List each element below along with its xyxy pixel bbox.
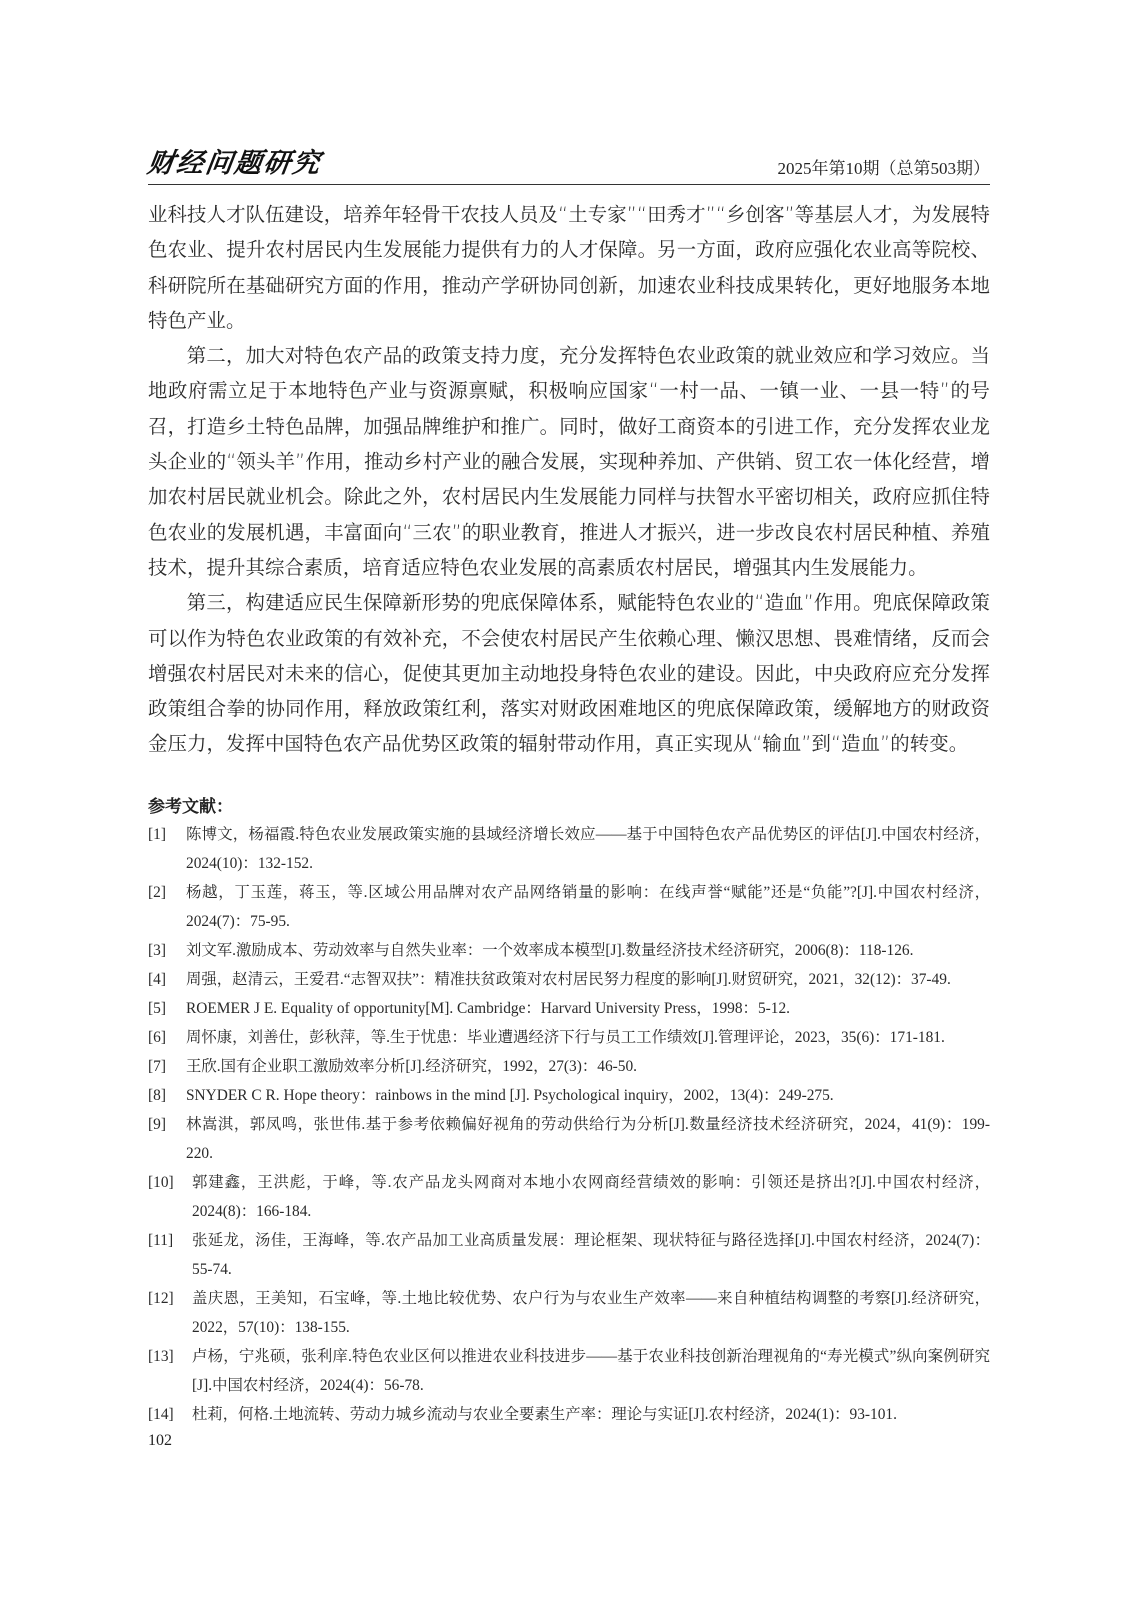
- page-number: 102: [148, 1432, 172, 1450]
- reference-item: [13]卢杨，宁兆硕，张利庠.特色农业区何以推进农业科技进步——基于农业科技创新…: [148, 1342, 990, 1400]
- reference-number: [14]: [148, 1400, 192, 1429]
- reference-item: [2]杨越，丁玉莲，蒋玉，等.区域公用品牌对农产品网络销量的影响：在线声誉“赋能…: [148, 878, 990, 936]
- reference-text: ROEMER J E. Equality of opportunity[M]. …: [186, 994, 990, 1023]
- reference-number: [12]: [148, 1284, 192, 1342]
- reference-number: [7]: [148, 1052, 186, 1081]
- reference-number: [2]: [148, 878, 186, 936]
- reference-item: [10]郭建鑫，王洪彪，于峰，等.农产品龙头网商对本地小农网商经营绩效的影响：引…: [148, 1168, 990, 1226]
- reference-item: [9]林嵩淇，郭凤鸣，张世伟.基于参考依赖偏好视角的劳动供给行为分析[J].数量…: [148, 1110, 990, 1168]
- reference-item: [7]王欣.国有企业职工激励效率分析[J].经济研究，1992，27(3)：46…: [148, 1052, 990, 1081]
- reference-text: 周怀康，刘善仕，彭秋萍，等.生于忧患：毕业遭遇经济下行与员工工作绩效[J].管理…: [186, 1023, 990, 1052]
- reference-text: 盖庆恩，王美知，石宝峰，等.土地比较优势、农户行为与农业生产效率——来自种植结构…: [192, 1284, 990, 1342]
- reference-item: [8]SNYDER C R. Hope theory：rainbows in t…: [148, 1081, 990, 1110]
- paragraph: 业科技人才队伍建设，培养年轻骨干农技人员及“土专家”“田秀才”“乡创客”等基层人…: [148, 197, 990, 338]
- reference-text: SNYDER C R. Hope theory：rainbows in the …: [186, 1081, 990, 1110]
- reference-text: 刘文军.激励成本、劳动效率与自然失业率：一个效率成本模型[J].数量经济技术经济…: [186, 936, 990, 965]
- reference-text: 林嵩淇，郭凤鸣，张世伟.基于参考依赖偏好视角的劳动供给行为分析[J].数量经济技…: [186, 1110, 990, 1168]
- reference-item: [5]ROEMER J E. Equality of opportunity[M…: [148, 994, 990, 1023]
- paragraph: 第三，构建适应民生保障新形势的兜底保障体系，赋能特色农业的“造血”作用。兜底保障…: [148, 585, 990, 761]
- reference-number: [11]: [148, 1226, 192, 1284]
- reference-number: [3]: [148, 936, 186, 965]
- reference-number: [6]: [148, 1023, 186, 1052]
- reference-number: [5]: [148, 994, 186, 1023]
- reference-item: [6]周怀康，刘善仕，彭秋萍，等.生于忧患：毕业遭遇经济下行与员工工作绩效[J]…: [148, 1023, 990, 1052]
- reference-text: 杨越，丁玉莲，蒋玉，等.区域公用品牌对农产品网络销量的影响：在线声誉“赋能”还是…: [186, 878, 990, 936]
- reference-number: [13]: [148, 1342, 192, 1400]
- reference-text: 卢杨，宁兆硕，张利庠.特色农业区何以推进农业科技进步——基于农业科技创新治理视角…: [192, 1342, 990, 1400]
- reference-text: 张延龙，汤佳，王海峰，等.农产品加工业高质量发展：理论框架、现状特征与路径选择[…: [192, 1226, 990, 1284]
- reference-item: [14]杜莉，何格.土地流转、劳动力城乡流动与农业全要素生产率：理论与实证[J]…: [148, 1400, 990, 1429]
- reference-number: [1]: [148, 820, 186, 878]
- reference-item: [12]盖庆恩，王美知，石宝峰，等.土地比较优势、农户行为与农业生产效率——来自…: [148, 1284, 990, 1342]
- reference-number: [4]: [148, 965, 186, 994]
- reference-number: [9]: [148, 1110, 186, 1168]
- reference-item: [1]陈博文，杨福霞.特色农业发展政策实施的县域经济增长效应——基于中国特色农产…: [148, 820, 990, 878]
- reference-text: 郭建鑫，王洪彪，于峰，等.农产品龙头网商对本地小农网商经营绩效的影响：引领还是挤…: [192, 1168, 990, 1226]
- running-header: 财经问题研究 2025年第10期（总第503期）: [148, 146, 990, 185]
- reference-number: [8]: [148, 1081, 186, 1110]
- reference-text: 周强，赵清云，王爱君.“志智双扶”：精准扶贫政策对农村居民努力程度的影响[J].…: [186, 965, 990, 994]
- reference-text: 王欣.国有企业职工激励效率分析[J].经济研究，1992，27(3)：46-50…: [186, 1052, 990, 1081]
- reference-item: [11]张延龙，汤佳，王海峰，等.农产品加工业高质量发展：理论框架、现状特征与路…: [148, 1226, 990, 1284]
- references-heading: 参考文献：: [148, 792, 990, 817]
- journal-logo: 财经问题研究: [145, 141, 324, 180]
- journal-page: 财经问题研究 2025年第10期（总第503期） 业科技人才队伍建设，培养年轻骨…: [148, 146, 990, 1429]
- reference-item: [4]周强，赵清云，王爱君.“志智双扶”：精准扶贫政策对农村居民努力程度的影响[…: [148, 965, 990, 994]
- reference-list: [1]陈博文，杨福霞.特色农业发展政策实施的县域经济增长效应——基于中国特色农产…: [148, 820, 990, 1429]
- reference-text: 杜莉，何格.土地流转、劳动力城乡流动与农业全要素生产率：理论与实证[J].农村经…: [192, 1400, 990, 1429]
- paragraph: 第二，加大对特色农产品的政策支持力度，充分发挥特色农业政策的就业效应和学习效应。…: [148, 338, 990, 585]
- body-text: 业科技人才队伍建设，培养年轻骨干农技人员及“土专家”“田秀才”“乡创客”等基层人…: [148, 197, 990, 762]
- issue-info: 2025年第10期（总第503期）: [778, 154, 991, 179]
- reference-number: [10]: [148, 1168, 192, 1226]
- reference-item: [3]刘文军.激励成本、劳动效率与自然失业率：一个效率成本模型[J].数量经济技…: [148, 936, 990, 965]
- reference-text: 陈博文，杨福霞.特色农业发展政策实施的县域经济增长效应——基于中国特色农产品优势…: [186, 820, 990, 878]
